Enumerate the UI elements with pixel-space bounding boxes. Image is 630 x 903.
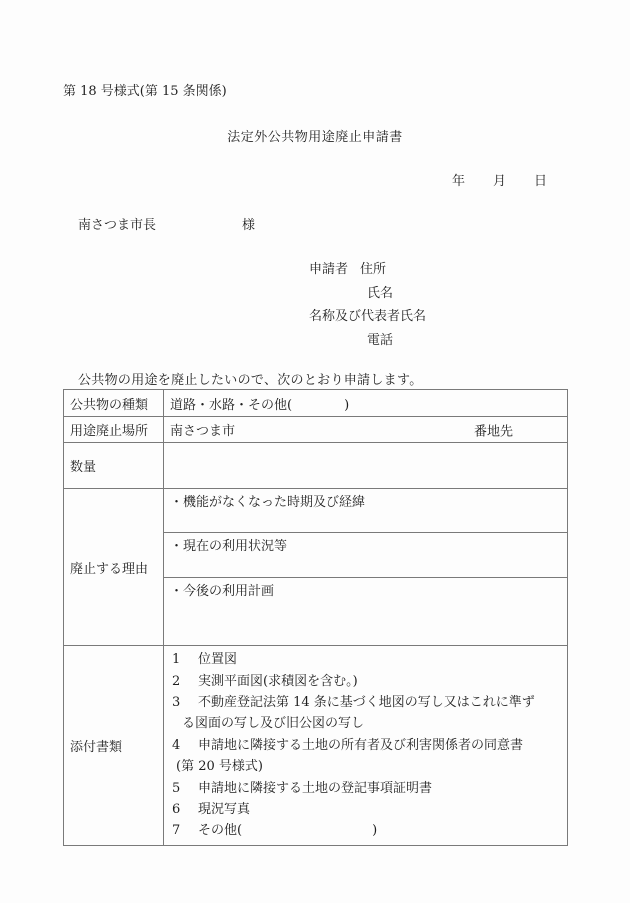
attachment-number: 7	[170, 820, 198, 841]
date-year-field[interactable]: 年	[452, 170, 465, 189]
reason-history-field[interactable]: ・機能がなくなった時期及び経緯	[164, 489, 568, 533]
org-representative-field-label[interactable]: 名称及び代表者氏名	[309, 309, 426, 324]
applicant-block: 申請者住所 氏名 名称及び代表者氏名 電話	[309, 258, 426, 352]
attachment-item: 6現況写真	[170, 799, 561, 820]
attachment-number: 4	[170, 735, 198, 756]
date-line: 年月日	[452, 170, 547, 189]
reason-current-use-field[interactable]: ・現在の利用状況等	[164, 533, 568, 578]
attachments-list: 1位置図 2実測平面図(求積図を含む。) 3不動産登記法第 14 条に基づく地図…	[170, 647, 561, 844]
table-row-place: 用途廃止場所 南さつま市 番地先	[64, 417, 568, 443]
date-month-field[interactable]: 月	[493, 170, 506, 189]
attachment-continuation: (第 20 号様式)	[170, 756, 561, 777]
reason-future-plan-field[interactable]: ・今後の利用計画	[164, 578, 568, 646]
attachments-label: 添付書類	[64, 646, 164, 846]
place-value-field[interactable]: 南さつま市 番地先	[164, 417, 568, 443]
addressee-name: 南さつま市長	[78, 218, 156, 233]
attachment-text: 申請地に隣接する土地の所有者及び利害関係者の同意書	[198, 738, 523, 753]
attachment-item[interactable]: 7その他( )	[170, 820, 561, 841]
attachment-number: 6	[170, 799, 198, 820]
phone-field-label[interactable]: 電話	[367, 333, 393, 348]
form-number: 第 18 号様式(第 15 条関係)	[63, 80, 227, 99]
addressee-honorific: 様	[242, 218, 255, 233]
applicant-label: 申請者	[309, 262, 348, 277]
date-day-field[interactable]: 日	[534, 170, 547, 189]
attachment-text: 申請地に隣接する土地の登記事項証明書	[198, 781, 432, 796]
attachment-number: 3	[170, 692, 198, 713]
table-row-reason-1: 廃止する理由 ・機能がなくなった時期及び経緯	[64, 489, 568, 533]
attachment-item: 5申請地に隣接する土地の登記事項証明書	[170, 778, 561, 799]
addressee: 南さつま市長様	[78, 214, 255, 233]
type-value-field[interactable]: 道路・水路・その他( )	[164, 390, 568, 417]
attachment-text: 不動産登記法第 14 条に基づく地図の写し又はこれに準ず	[198, 695, 535, 710]
attachment-number: 5	[170, 778, 198, 799]
quantity-label: 数量	[64, 443, 164, 489]
application-form-table: 公共物の種類 道路・水路・その他( ) 用途廃止場所 南さつま市 番地先 数量 …	[63, 389, 568, 846]
attachment-text: 位置図	[198, 652, 237, 667]
document-title: 法定外公共物用途廃止申請書	[0, 126, 630, 145]
attachment-text: 現況写真	[198, 802, 250, 817]
table-row-attachments: 添付書類 1位置図 2実測平面図(求積図を含む。) 3不動産登記法第 14 条に…	[64, 646, 568, 846]
place-label: 用途廃止場所	[64, 417, 164, 443]
quantity-value-field[interactable]	[164, 443, 568, 489]
attachment-number: 1	[170, 649, 198, 670]
address-field-label[interactable]: 住所	[360, 262, 386, 277]
attachment-number: 2	[170, 671, 198, 692]
attachment-item: 2実測平面図(求積図を含む。)	[170, 671, 561, 692]
attachment-item: 1位置図	[170, 649, 561, 670]
place-suffix: 番地先	[474, 420, 513, 439]
attachment-text: 実測平面図(求積図を含む。)	[198, 674, 358, 689]
attachment-item: 4申請地に隣接する土地の所有者及び利害関係者の同意書	[170, 735, 561, 756]
name-field-label[interactable]: 氏名	[367, 286, 393, 301]
place-city: 南さつま市	[170, 424, 235, 439]
attachment-continuation: る図面の写し及び旧公図の写し	[170, 713, 561, 734]
attachment-item: 3不動産登記法第 14 条に基づく地図の写し又はこれに準ず	[170, 692, 561, 713]
attachment-other-field[interactable]: その他( )	[198, 823, 377, 838]
type-label: 公共物の種類	[64, 390, 164, 417]
table-row-quantity: 数量	[64, 443, 568, 489]
table-row-type: 公共物の種類 道路・水路・その他( )	[64, 390, 568, 417]
reason-label: 廃止する理由	[64, 489, 164, 646]
request-sentence: 公共物の用途を廃止したいので、次のとおり申請します。	[78, 369, 423, 388]
attachments-list-cell: 1位置図 2実測平面図(求積図を含む。) 3不動産登記法第 14 条に基づく地図…	[164, 646, 568, 846]
